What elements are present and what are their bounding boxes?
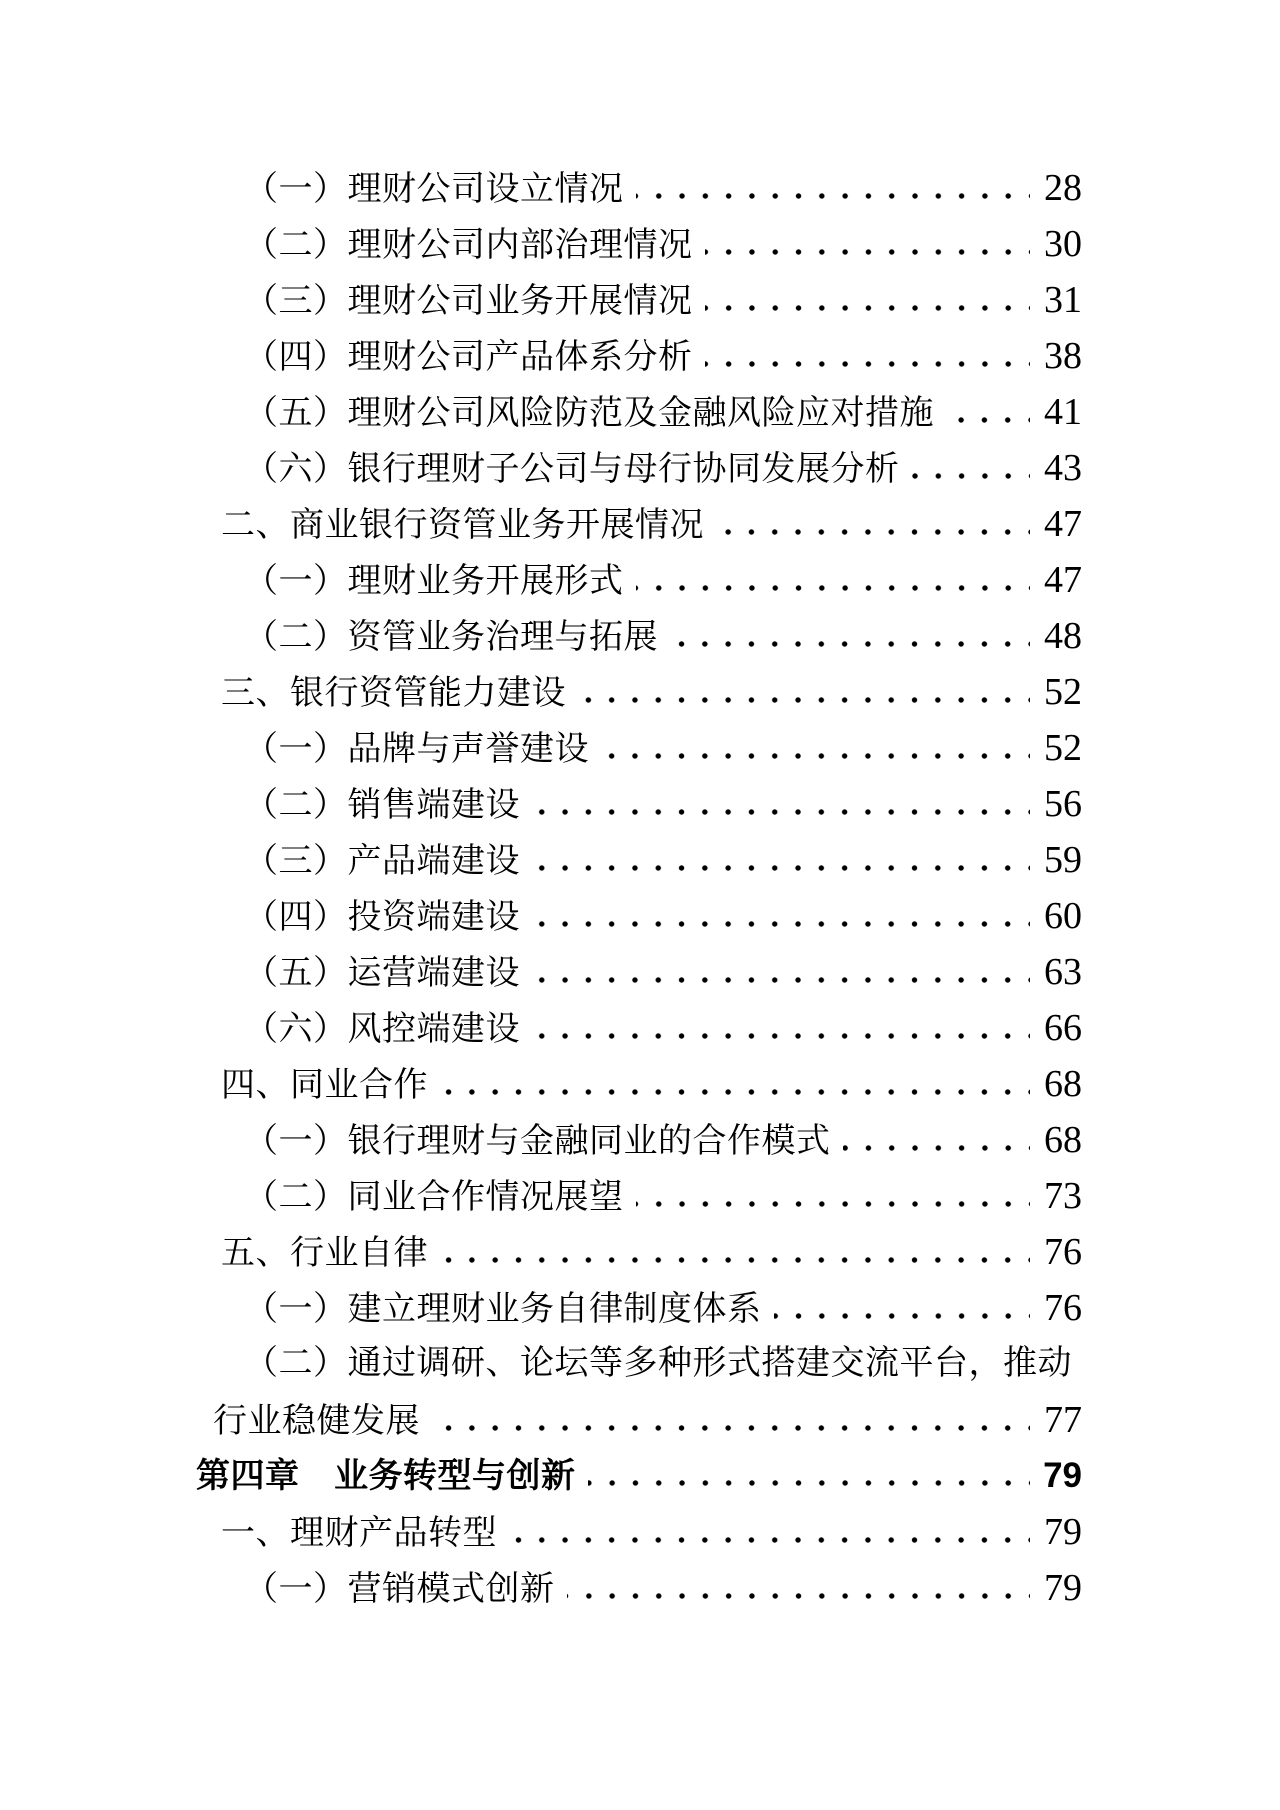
dot-leader: [636, 192, 1031, 200]
toc-entry-label: （六）银行理财子公司与母行协同发展分析: [244, 442, 900, 498]
toc-entry: 三、银行资管能力建设52: [0, 664, 1082, 720]
toc-entry: 一、理财产品转型79: [0, 1504, 1082, 1560]
toc-entry-page: 28: [1038, 160, 1082, 216]
toc-entry: （二）资管业务治理与拓展48: [0, 608, 1082, 664]
dot-leader: [440, 1256, 1030, 1264]
toc-entry-label: （二）同业合作情况展望: [244, 1170, 624, 1226]
dot-leader: [912, 472, 1031, 480]
toc-entry-label: （二）资管业务治理与拓展: [244, 610, 658, 666]
dot-leader: [432, 1424, 1030, 1432]
toc-entry: （一）理财公司设立情况28: [0, 160, 1082, 216]
toc-entry: 五、行业自律76: [0, 1224, 1082, 1280]
dot-leader: [705, 360, 1031, 368]
toc-entry: （三）理财公司业务开展情况31: [0, 272, 1082, 328]
dot-leader: [532, 864, 1030, 872]
toc-entry-label: 二、商业银行资管业务开展情况: [221, 498, 704, 554]
toc-entry-label: （一）理财业务开展形式: [244, 554, 624, 610]
toc-entry: （五）理财公司风险防范及金融风险应对措施41: [0, 384, 1082, 440]
table-of-contents: （一）理财公司设立情况28（二）理财公司内部治理情况30（三）理财公司业务开展情…: [0, 160, 1280, 1616]
toc-entry-page: 79: [1038, 1448, 1082, 1504]
toc-entry: 四、同业合作68: [0, 1056, 1082, 1112]
dot-leader: [705, 304, 1031, 312]
toc-entry-label: 五、行业自律: [221, 1226, 428, 1282]
toc-entry-label: （二）通过调研、论坛等多种形式搭建交流平台，推动: [244, 1336, 1072, 1392]
toc-entry-label: （一）银行理财与金融同业的合作模式: [244, 1114, 831, 1170]
toc-entry-label: （三）理财公司业务开展情况: [244, 274, 693, 330]
toc-entry: （二）理财公司内部治理情况30: [0, 216, 1082, 272]
toc-entry-page: 31: [1038, 272, 1082, 328]
toc-entry-label: （三）产品端建设: [244, 834, 520, 890]
toc-entry-label: 行业稳健发展: [213, 1394, 420, 1450]
toc-entry-label: （二）销售端建设: [244, 778, 520, 834]
dot-leader: [578, 696, 1030, 704]
toc-entry-page: 30: [1038, 216, 1082, 272]
dot-leader: [532, 976, 1030, 984]
dot-leader: [716, 528, 1030, 536]
toc-entry: （六）银行理财子公司与母行协同发展分析43: [0, 440, 1082, 496]
toc-entry: 二、商业银行资管业务开展情况47: [0, 496, 1082, 552]
toc-entry: （一）营销模式创新79: [0, 1560, 1082, 1616]
toc-entry: （二）销售端建设56: [0, 776, 1082, 832]
toc-entry: （二）同业合作情况展望73: [0, 1168, 1082, 1224]
toc-entry: 行业稳健发展77: [0, 1392, 1082, 1448]
toc-entry-label: （四）理财公司产品体系分析: [244, 330, 693, 386]
toc-entry-page: 47: [1038, 552, 1082, 608]
dot-leader: [843, 1144, 1031, 1152]
toc-entry-label: （一）品牌与声誉建设: [244, 722, 589, 778]
toc-entry-page: 79: [1038, 1560, 1082, 1616]
toc-entry-label: 一、理财产品转型: [221, 1506, 497, 1562]
toc-entry-page: 52: [1038, 664, 1082, 720]
toc-entry-page: 60: [1038, 888, 1082, 944]
dot-leader: [440, 1088, 1030, 1096]
dot-leader: [509, 1536, 1030, 1544]
toc-entry-page: 47: [1038, 496, 1082, 552]
toc-entry-label: （四）投资端建设: [244, 890, 520, 946]
toc-entry: （一）建立理财业务自律制度体系76: [0, 1280, 1082, 1336]
dot-leader: [567, 1592, 1031, 1600]
toc-entry-page: 68: [1038, 1056, 1082, 1112]
toc-entry-page: 76: [1038, 1280, 1082, 1336]
toc-entry: 第四章 业务转型与创新79: [0, 1448, 1082, 1504]
toc-entry-label: （五）运营端建设: [244, 946, 520, 1002]
toc-entry-label: （五）理财公司风险防范及金融风险应对措施: [244, 386, 934, 442]
dot-leader: [532, 920, 1030, 928]
dot-leader: [636, 1200, 1031, 1208]
toc-entry: （一）理财业务开展形式47: [0, 552, 1082, 608]
toc-entry-label: （二）理财公司内部治理情况: [244, 218, 693, 274]
toc-entry: （四）投资端建设60: [0, 888, 1082, 944]
toc-entry-page: 38: [1038, 328, 1082, 384]
dot-leader: [601, 752, 1030, 760]
toc-entry-page: 79: [1038, 1504, 1082, 1560]
dot-leader: [705, 248, 1031, 256]
toc-entry-page: 48: [1038, 608, 1082, 664]
toc-entry-label: （一）营销模式创新: [244, 1562, 555, 1618]
dot-leader: [670, 640, 1030, 648]
toc-entry-page: 73: [1038, 1168, 1082, 1224]
toc-entry-page: 66: [1038, 1000, 1082, 1056]
toc-entry: （五）运营端建设63: [0, 944, 1082, 1000]
toc-entry: （二）通过调研、论坛等多种形式搭建交流平台，推动: [0, 1336, 1082, 1392]
toc-entry-page: 59: [1038, 832, 1082, 888]
toc-entry: （一）银行理财与金融同业的合作模式68: [0, 1112, 1082, 1168]
toc-entry-page: 77: [1038, 1392, 1082, 1448]
toc-entry-label: （一）理财公司设立情况: [244, 162, 624, 218]
dot-leader: [588, 1479, 1031, 1487]
toc-entry-page: 56: [1038, 776, 1082, 832]
dot-leader: [946, 416, 1030, 424]
toc-entry-label: （一）建立理财业务自律制度体系: [244, 1282, 762, 1338]
toc-entry: （一）品牌与声誉建设52: [0, 720, 1082, 776]
dot-leader: [532, 808, 1030, 816]
dot-leader: [636, 584, 1031, 592]
toc-entry-label: 第四章 业务转型与创新: [196, 1448, 576, 1504]
toc-entry-page: 63: [1038, 944, 1082, 1000]
dot-leader: [774, 1312, 1031, 1320]
toc-entry: （四）理财公司产品体系分析38: [0, 328, 1082, 384]
dot-leader: [532, 1032, 1030, 1040]
toc-entry-page: 68: [1038, 1112, 1082, 1168]
toc-entry: （三）产品端建设59: [0, 832, 1082, 888]
toc-entry-label: （六）风控端建设: [244, 1002, 520, 1058]
toc-entry-page: 43: [1038, 440, 1082, 496]
toc-entry-page: 41: [1038, 384, 1082, 440]
toc-entry-page: 52: [1038, 720, 1082, 776]
toc-entry-label: 四、同业合作: [221, 1058, 428, 1114]
toc-entry-label: 三、银行资管能力建设: [221, 666, 566, 722]
toc-entry: （六）风控端建设66: [0, 1000, 1082, 1056]
toc-entry-page: 76: [1038, 1224, 1082, 1280]
